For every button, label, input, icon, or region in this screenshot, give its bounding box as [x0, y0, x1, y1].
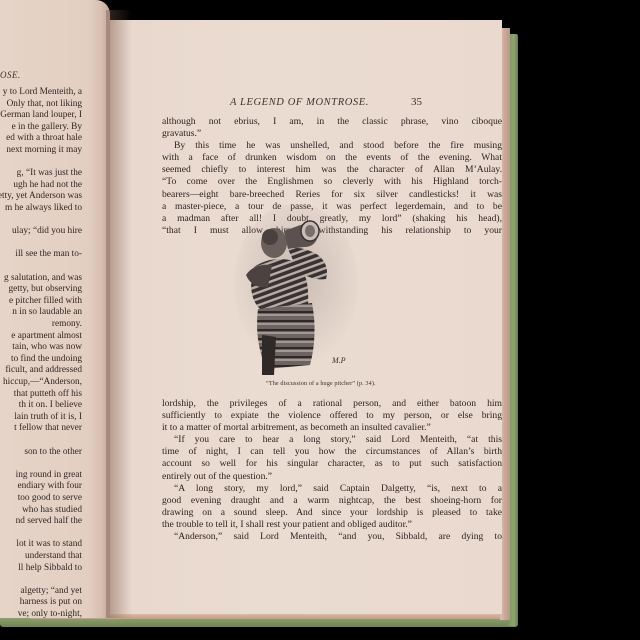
open-book-photo: A LEGEND OF MONTROSE. 35 although not eb…: [0, 0, 640, 640]
page-number: 35: [411, 96, 422, 108]
left-text-line: getty, but observing: [8, 284, 82, 296]
text-line: account so well for his singular charact…: [162, 458, 502, 470]
left-text-line: t fellow that never: [14, 423, 82, 435]
svg-text:M.P: M.P: [331, 356, 346, 365]
text-line: the trouble to tell it, I shall rest you…: [162, 519, 502, 531]
left-text-line: who has studied: [22, 505, 82, 517]
left-text-line: ulay; “did you hire: [12, 226, 82, 238]
left-text-line: too good to serve: [18, 493, 82, 505]
left-text-line: son to the other: [24, 447, 82, 459]
left-text-line: e in the gallery. By: [12, 122, 82, 134]
text-line: “If you care to hear a long story,” said…: [162, 434, 502, 446]
left-text-line: German land louper, I: [0, 110, 82, 122]
text-line: sufficiently to expiate the violence off…: [162, 410, 502, 422]
left-text-line: ugh he had not the: [13, 180, 82, 192]
left-page: OSE. y to Lord Menteith, aOnly that, not…: [0, 0, 110, 618]
text-line: bearers—eight bare-breeched Reries for s…: [162, 189, 502, 201]
illustration-caption: “The discussion of a huge pitcher” (p. 3…: [266, 380, 376, 387]
text-line: seemed chiefly to interest him was the c…: [162, 164, 502, 176]
left-text-line: understand that: [25, 551, 82, 563]
left-text-line: ill see the man to-: [15, 249, 82, 261]
text-line: it to a matter of mortal arbitrement, as…: [162, 422, 502, 434]
left-text-line: lot it was to stand: [16, 539, 82, 551]
left-text-line: hiccup,—“Anderson,: [3, 377, 82, 389]
illustration-man-drinking-from-pitcher: M.P: [232, 205, 360, 377]
left-text-line: e apartment almost: [11, 331, 82, 343]
left-text-line: that putteth off his: [14, 389, 82, 401]
left-text-line: e pitcher filled with: [9, 296, 82, 308]
text-line: lordship, the privileges of a rational p…: [162, 398, 502, 410]
left-text-line: n in so laudable an: [12, 307, 82, 319]
left-text-line: lain truth of it is, I: [14, 412, 82, 424]
left-text-line: etty, yet Anderson was: [0, 191, 82, 203]
text-line: although not ebrius, I am, in the classi…: [162, 116, 502, 128]
text-line: “To come over the Englishmen so cleverly…: [162, 176, 502, 188]
book-cover-bottom-edge: [0, 618, 518, 627]
left-running-head-fragment: OSE.: [0, 70, 21, 80]
left-text-line: y to Lord Menteith, a: [3, 87, 82, 99]
running-head: A LEGEND OF MONTROSE.: [230, 97, 369, 108]
text-line: drawing on a sound sleep. And since your…: [162, 507, 502, 519]
left-text-line: g salutation, and was: [4, 273, 82, 285]
text-line: entirely out of the question.”: [162, 471, 502, 483]
left-text-line: Only that, not liking: [7, 99, 82, 111]
left-text-line: nd served half the: [16, 516, 82, 528]
left-text-line: m he always liked to: [5, 203, 82, 215]
left-text-line: g, “It was just the: [17, 168, 82, 180]
text-line: “Anderson,” said Lord Menteith, “and you…: [162, 531, 502, 543]
left-text-line: to find the undoing: [11, 354, 82, 366]
text-line: with a face of drunken wisdom on the eve…: [162, 152, 502, 164]
left-text-line: algetty; “and yet: [21, 586, 82, 598]
left-text-line: tain, who was now: [12, 342, 82, 354]
left-text-line: th it on. I believe: [19, 400, 82, 412]
left-text-line: next morning it may: [6, 145, 82, 157]
left-text-line: ing round in great: [16, 470, 82, 482]
left-text-line: ed with a throat hale: [6, 133, 82, 145]
body-text-bottom: lordship, the privileges of a rational p…: [162, 398, 502, 543]
text-line: gravatus.”: [162, 128, 502, 140]
text-line: By this time he was unshelled, and stood…: [162, 140, 502, 152]
left-text-line: ficult, and addressed: [5, 365, 82, 377]
text-line: good evening draught and a warm nightcap…: [162, 495, 502, 507]
left-text-line: endiary with four: [17, 481, 82, 493]
left-text-line: harness is put on: [20, 597, 82, 609]
left-text-line: ll help Sibbald to: [18, 563, 82, 575]
gutter-shadow: [106, 10, 132, 618]
text-line: “A long story, my lord,” said Captain Da…: [162, 483, 502, 495]
text-line: time of night, I can tell you how the ci…: [162, 446, 502, 458]
left-text-line: ve; only to-night,: [18, 609, 82, 618]
left-text-line: remony.: [52, 319, 82, 331]
